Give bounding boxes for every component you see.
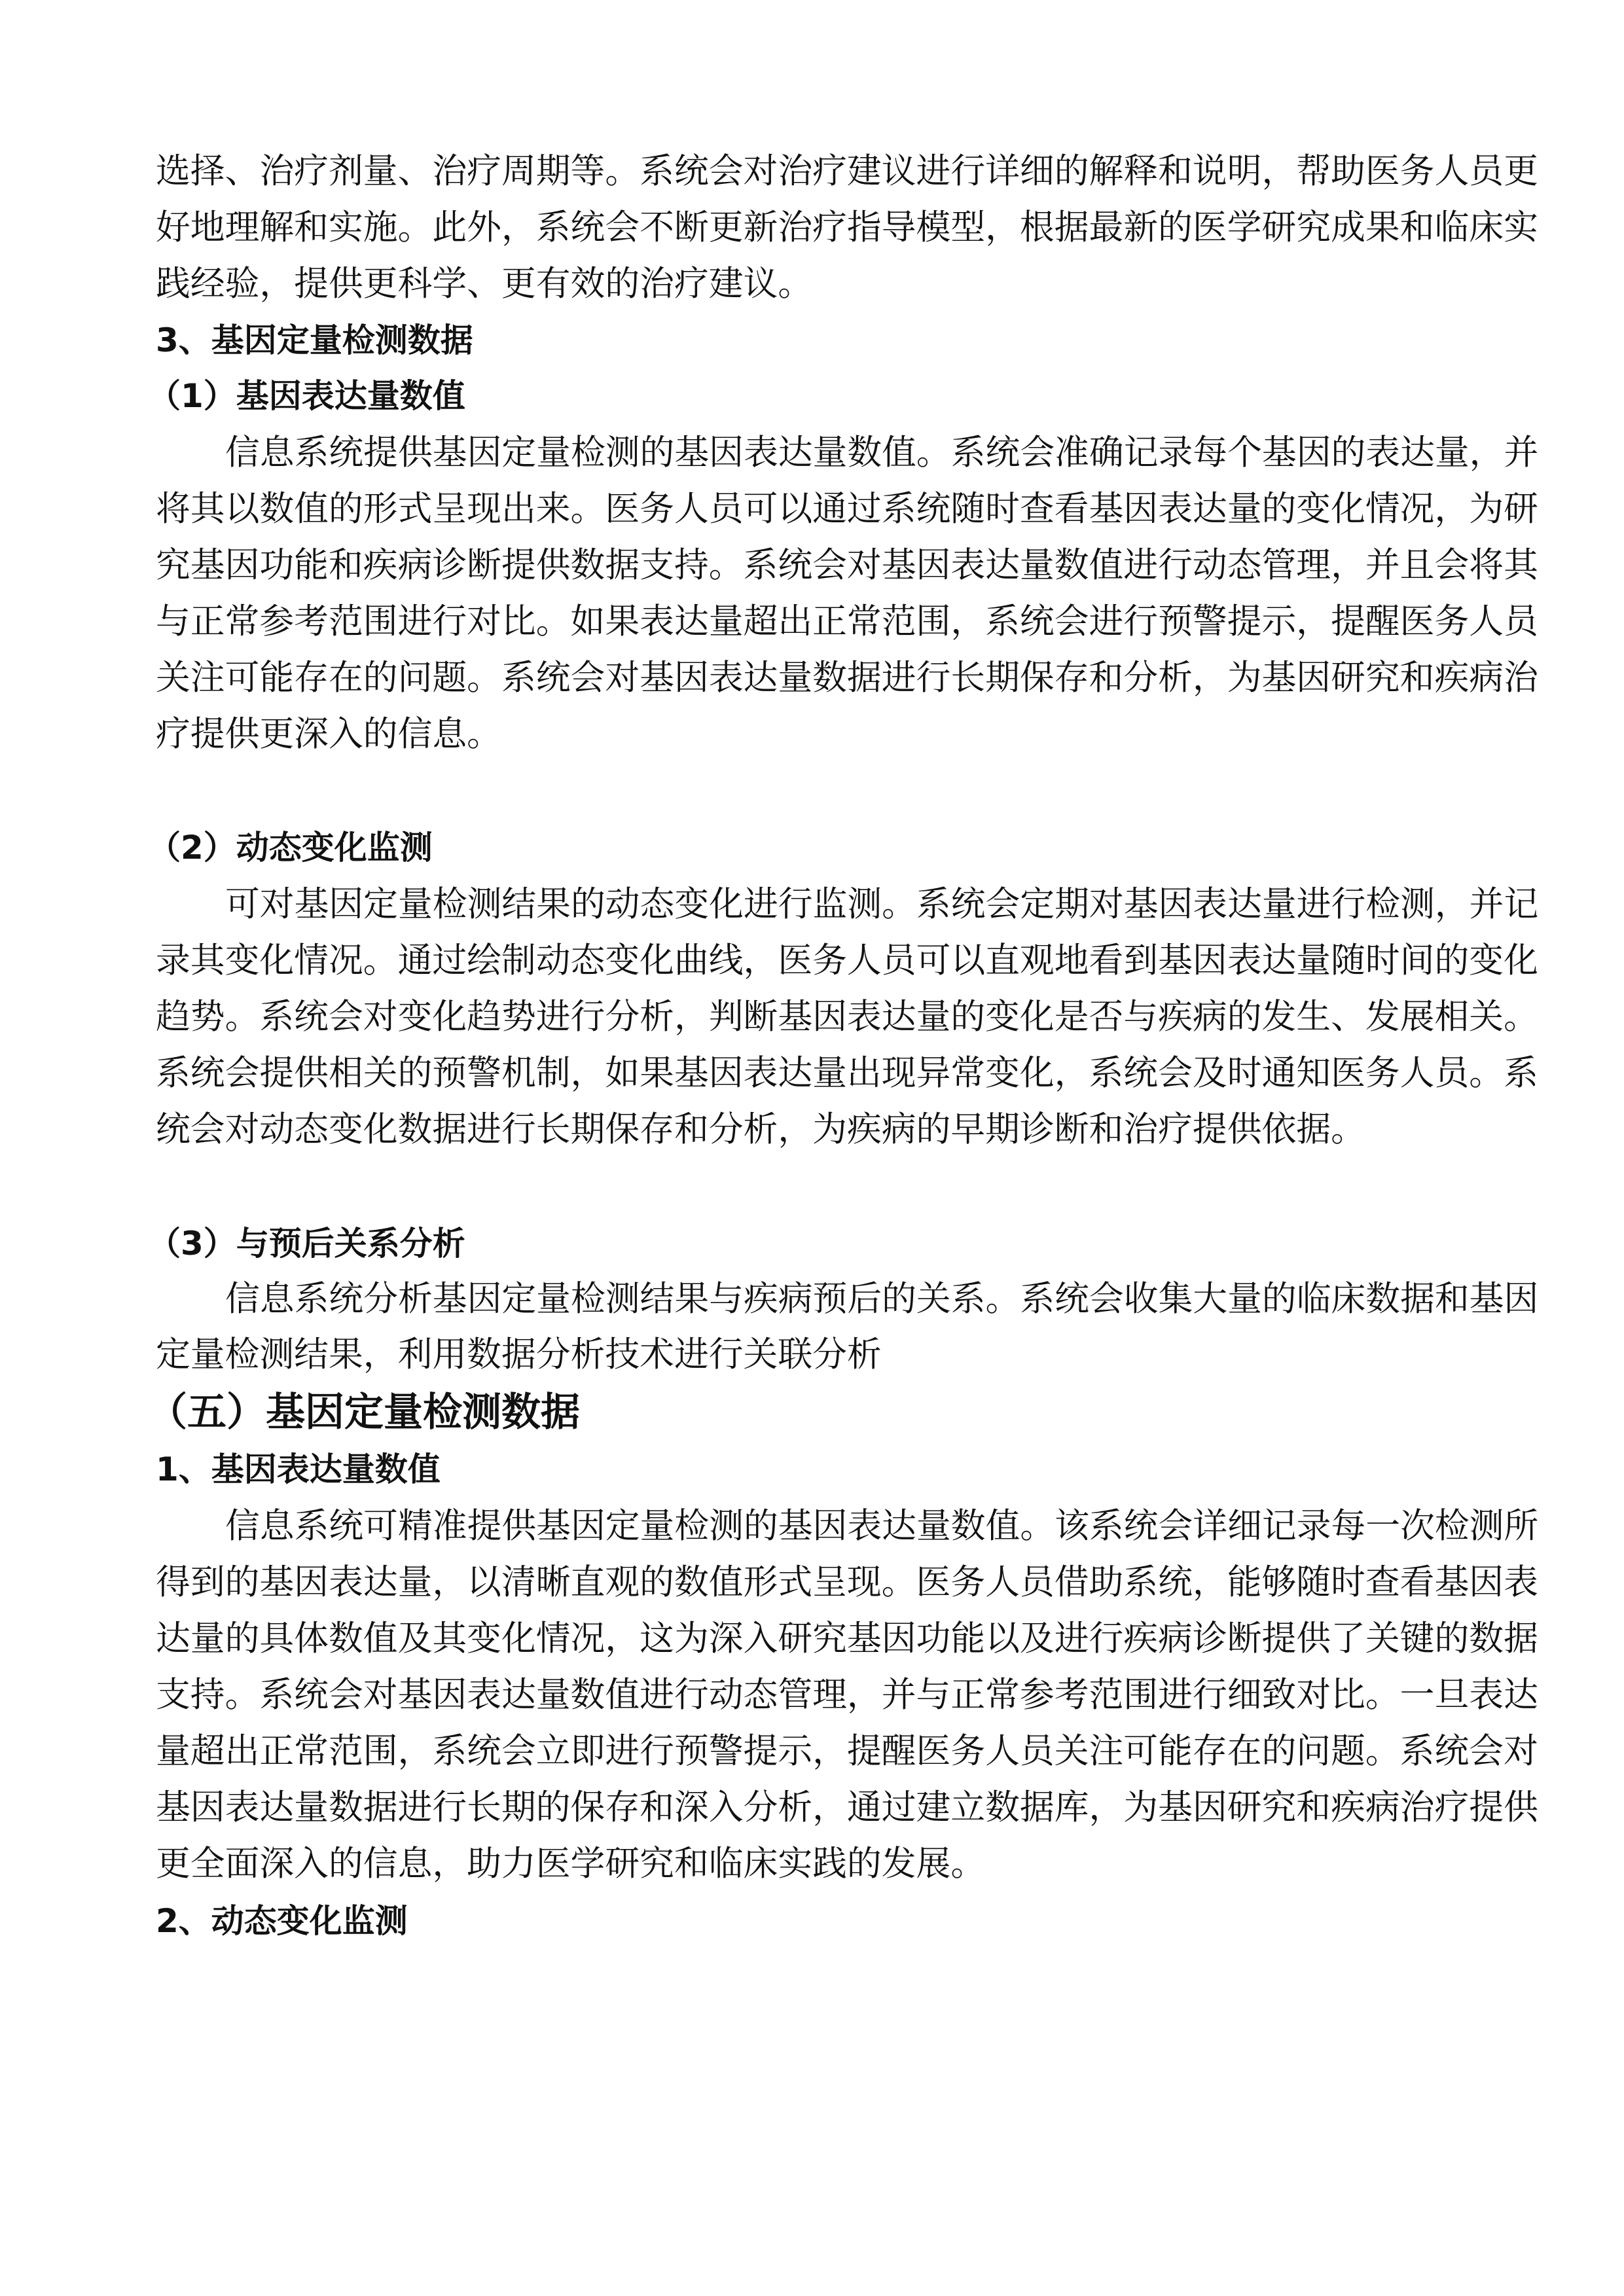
subsection-heading: （3）与预后关系分析 [148, 1215, 1464, 1272]
subsection-heading: （2）动态变化监测 [148, 819, 1464, 876]
subsection-heading: （1）基因表达量数值 [148, 368, 1464, 424]
section-heading: 2、动态变化监测 [156, 1893, 1471, 1949]
document-page: 选择、治疗剂量、治疗周期等。系统会对治疗建议进行详细的解释和说明，帮助医务人员更… [0, 0, 1624, 2296]
paragraph-line: 定量检测结果，利用数据分析技术进行关联分析 [156, 1327, 1471, 1383]
paragraph-line: 究基因功能和疾病诊断提供数据支持。系统会对基因表达量数值进行动态管理，并且会将其 [156, 537, 1471, 594]
paragraph-line: 关注可能存在的问题。系统会对基因表达量数据进行长期保存和分析，为基因研究和疾病治 [156, 650, 1471, 706]
chapter-heading: （五）基因定量检测数据 [148, 1381, 580, 1444]
paragraph-line: 统会对动态变化数据进行长期保存和分析，为疾病的早期诊断和治疗提供依据。 [156, 1102, 1471, 1158]
paragraph-line: 更全面深入的信息，助力医学研究和临床实践的发展。 [156, 1836, 1471, 1892]
section-heading: 3、基因定量检测数据 [156, 312, 1471, 368]
paragraph-line: 信息系统提供基因定量检测的基因表达量数值。系统会准确记录每个基因的表达量，并 [225, 425, 1471, 481]
section-heading: 1、基因表达量数值 [156, 1441, 1471, 1498]
paragraph-line: 量超出正常范围，系统会立即进行预警提示，提醒医务人员关注可能存在的问题。系统会对 [156, 1723, 1471, 1780]
paragraph-line: 支持。系统会对基因表达量数值进行动态管理，并与正常参考范围进行细致对比。一旦表达 [156, 1667, 1471, 1723]
paragraph-line: 将其以数值的形式呈现出来。医务人员可以通过系统随时查看基因表达量的变化情况，为研 [156, 481, 1471, 537]
paragraph-line: 趋势。系统会对变化趋势进行分析，判断基因表达量的变化是否与疾病的发生、发展相关。 [156, 989, 1471, 1045]
paragraph-line: 得到的基因表达量，以清晰直观的数值形式呈现。医务人员借助系统，能够随时查看基因表 [156, 1554, 1471, 1611]
paragraph-line: 系统会提供相关的预警机制，如果基因表达量出现异常变化，系统会及时通知医务人员。系 [156, 1045, 1471, 1102]
paragraph-line: 与正常参考范围进行对比。如果表达量超出正常范围，系统会进行预警提示，提醒医务人员 [156, 594, 1471, 650]
paragraph-line: 可对基因定量检测结果的动态变化进行监测。系统会定期对基因表达量进行检测，并记 [225, 876, 1471, 933]
paragraph-line: 选择、治疗剂量、治疗周期等。系统会对治疗建议进行详细的解释和说明，帮助医务人员更 [156, 143, 1471, 200]
paragraph-line: 信息系统可精准提供基因定量检测的基因表达量数值。该系统会详细记录每一次检测所 [225, 1498, 1471, 1554]
paragraph-line: 基因表达量数据进行长期的保存和深入分析，通过建立数据库，为基因研究和疾病治疗提供 [156, 1780, 1471, 1836]
paragraph-line: 信息系统分析基因定量检测结果与疾病预后的关系。系统会收集大量的临床数据和基因 [225, 1271, 1471, 1327]
paragraph-line: 好地理解和实施。此外，系统会不断更新治疗指导模型，根据最新的医学研究成果和临床实 [156, 200, 1471, 256]
paragraph-line: 录其变化情况。通过绘制动态变化曲线，医务人员可以直观地看到基因表达量随时间的变化 [156, 933, 1471, 989]
paragraph-line: 疗提供更深入的信息。 [156, 706, 1471, 762]
paragraph-line: 践经验，提供更科学、更有效的治疗建议。 [156, 256, 1471, 312]
paragraph-line: 达量的具体数值及其变化情况，这为深入研究基因功能以及进行疾病诊断提供了关键的数据 [156, 1611, 1471, 1667]
